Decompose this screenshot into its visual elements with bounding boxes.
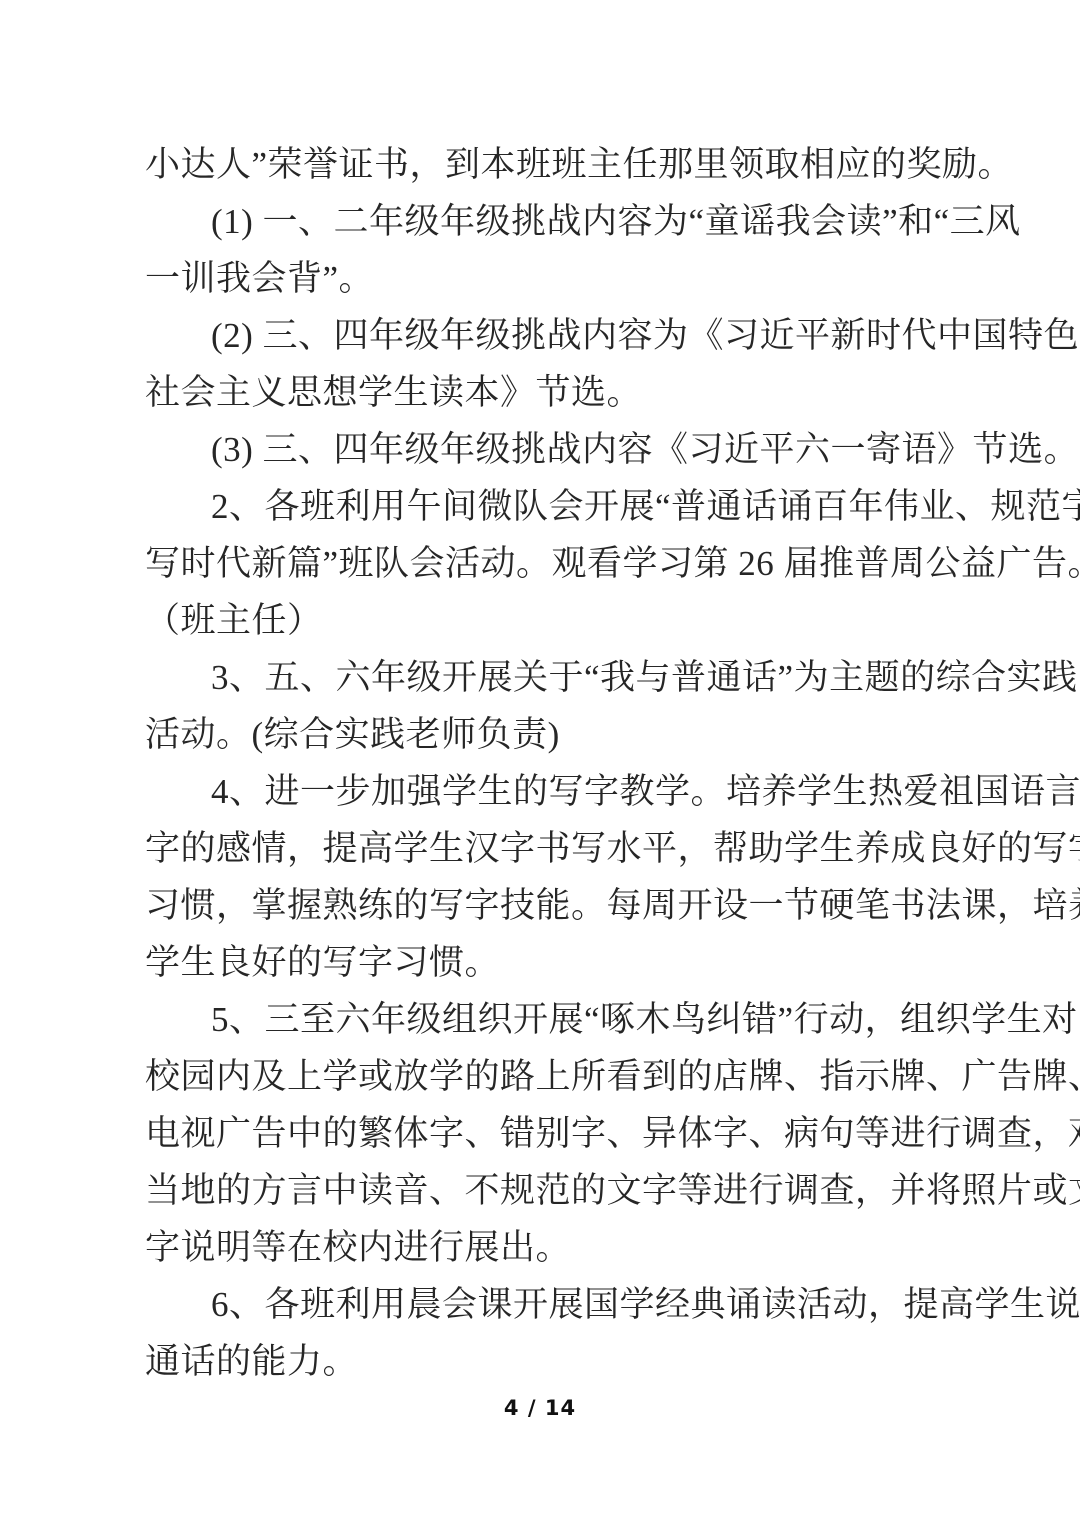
- text-line: (3) 三、四年级年级挑战内容《习近平六一寄语》节选。: [145, 421, 939, 478]
- text-line: 字的感情，提高学生汉字书写水平，帮助学生养成良好的写字: [145, 820, 939, 877]
- text-line: 学生良好的写字习惯。: [145, 934, 939, 991]
- text-line: 通话的能力。: [145, 1333, 939, 1390]
- text-line: 一训我会背”。: [145, 250, 939, 307]
- text-line: 5、三至六年级组织开展“啄木鸟纠错”行动，组织学生对: [145, 991, 939, 1048]
- text-line: 当地的方言中读音、不规范的文字等进行调查，并将照片或文: [145, 1162, 939, 1219]
- text-line: 3、五、六年级开展关于“我与普通话”为主题的综合实践: [145, 649, 939, 706]
- text-line: 校园内及上学或放学的路上所看到的店牌、指示牌、广告牌、: [145, 1048, 939, 1105]
- text-line: 写时代新篇”班队会活动。观看学习第 26 届推普周公益广告。: [145, 535, 939, 592]
- text-line: 习惯，掌握熟练的写字技能。每周开设一节硬笔书法课，培养: [145, 877, 939, 934]
- text-line: 小达人”荣誉证书，到本班班主任那里领取相应的奖励。: [145, 136, 939, 193]
- document-body: 小达人”荣誉证书，到本班班主任那里领取相应的奖励。 (1) 一、二年级年级挑战内…: [145, 136, 939, 1390]
- text-line: 6、各班利用晨会课开展国学经典诵读活动，提高学生说普: [145, 1276, 939, 1333]
- text-line: 活动。(综合实践老师负责): [145, 706, 939, 763]
- text-line: 4、进一步加强学生的写字教学。培养学生热爱祖国语言文: [145, 763, 939, 820]
- document-page: 小达人”荣誉证书，到本班班主任那里领取相应的奖励。 (1) 一、二年级年级挑战内…: [0, 0, 1080, 1528]
- text-line: 字说明等在校内进行展出。: [145, 1219, 939, 1276]
- text-line: (2) 三、四年级年级挑战内容为《习近平新时代中国特色: [145, 307, 939, 364]
- text-line: （班主任）: [145, 592, 939, 649]
- page-number: 4 / 14: [0, 1396, 1080, 1420]
- text-line: 社会主义思想学生读本》节选。: [145, 364, 939, 421]
- text-line: (1) 一、二年级年级挑战内容为“童谣我会读”和“三风: [145, 193, 939, 250]
- text-line: 2、各班利用午间微队会开展“普通话诵百年伟业、规范字: [145, 478, 939, 535]
- text-line: 电视广告中的繁体字、错别字、异体字、病句等进行调查，对: [145, 1105, 939, 1162]
